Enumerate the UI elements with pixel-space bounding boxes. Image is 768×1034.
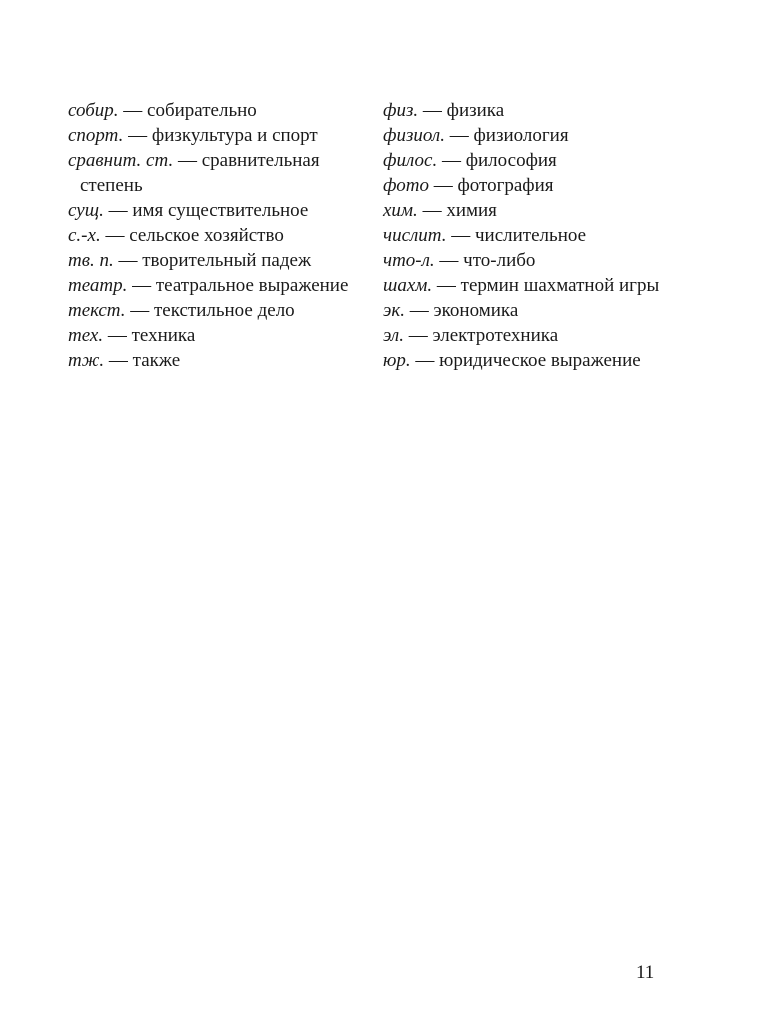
abbreviation: эл. (383, 325, 404, 346)
separator: — (429, 175, 458, 196)
definition: электротехника (432, 325, 558, 346)
abbreviation: сравнит. ст. (68, 150, 173, 171)
abbreviation: хим. (383, 200, 418, 221)
abbreviation-list-right: физ. — физикафизиол. — физиологияфилос. … (383, 98, 665, 373)
abbreviation-entry: шахм. — термин шахматной игры (383, 273, 665, 298)
abbreviation-entry: спорт. — физкультура и спорт (68, 123, 363, 148)
separator: — (432, 275, 461, 296)
abbreviation-entry: что-л. — что-либо (383, 248, 665, 273)
abbreviation-entry: с.-х. — сельское хозяйство (68, 223, 363, 248)
separator: — (104, 200, 133, 221)
separator: — (418, 200, 447, 221)
separator: — (119, 100, 148, 121)
abbreviation: театр. (68, 275, 127, 296)
definition: юридическое выражение (439, 350, 641, 371)
abbreviation-entry: тж. — также (68, 348, 363, 373)
abbreviation-entry: собир. — собирательно (68, 98, 363, 123)
abbreviation: тех. (68, 325, 103, 346)
abbreviation-entry: текст. — текстильное дело (68, 298, 363, 323)
definition: фотография (457, 175, 553, 196)
definition: творительный падеж (142, 250, 311, 271)
document-page: собир. — собирательноспорт. — физкультур… (0, 0, 768, 1034)
definition: техника (132, 325, 196, 346)
separator: — (173, 150, 202, 171)
abbreviation: тж. (68, 350, 104, 371)
abbreviation-entry: физиол. — физиология (383, 123, 665, 148)
separator: — (114, 250, 143, 271)
separator: — (104, 350, 133, 371)
definition: собирательно (147, 100, 257, 121)
abbreviation-entry: хим. — химия (383, 198, 665, 223)
abbreviation-entry: тв. п. — творительный падеж (68, 248, 363, 273)
separator: — (103, 325, 132, 346)
definition: философия (466, 150, 557, 171)
separator: — (437, 150, 466, 171)
abbreviation-entry: тех. — техника (68, 323, 363, 348)
definition: числительное (475, 225, 586, 246)
definition: физиология (473, 125, 568, 146)
abbreviation: юр. (383, 350, 411, 371)
definition: экономика (434, 300, 519, 321)
separator: — (445, 125, 474, 146)
separator: — (125, 300, 154, 321)
separator: — (123, 125, 152, 146)
abbreviation: спорт. (68, 125, 123, 146)
abbreviation-entry: эк. — экономика (383, 298, 665, 323)
separator: — (435, 250, 464, 271)
definition: химия (446, 200, 497, 221)
abbreviation-entry: физ. — физика (383, 98, 665, 123)
abbreviation: что-л. (383, 250, 435, 271)
abbreviation: фото (383, 175, 429, 196)
definition: физика (447, 100, 505, 121)
definition: физкультура и спорт (152, 125, 318, 146)
abbreviation-entry: сравнит. ст. — сравнительная степень (68, 148, 363, 198)
abbreviation: физиол. (383, 125, 445, 146)
abbreviation: эк. (383, 300, 405, 321)
separator: — (404, 325, 433, 346)
definition: что-либо (463, 250, 535, 271)
definition: сельское хозяйство (129, 225, 284, 246)
abbreviation-entry: эл. — электротехника (383, 323, 665, 348)
separator: — (101, 225, 130, 246)
abbreviation-entry: филос. — философия (383, 148, 665, 173)
abbreviation: числит. (383, 225, 447, 246)
separator: — (127, 275, 156, 296)
definition: текстильное дело (154, 300, 295, 321)
page-number: 11 (636, 962, 654, 984)
separator: — (447, 225, 476, 246)
abbreviation: физ. (383, 100, 418, 121)
abbreviation: шахм. (383, 275, 432, 296)
separator: — (418, 100, 447, 121)
abbreviation-entry: числит. — числительное (383, 223, 665, 248)
abbreviation: сущ. (68, 200, 104, 221)
abbreviation-entry: фото — фотография (383, 173, 665, 198)
abbreviation: текст. (68, 300, 125, 321)
separator: — (405, 300, 434, 321)
abbreviation: собир. (68, 100, 119, 121)
abbreviation: филос. (383, 150, 437, 171)
abbreviation-list-left: собир. — собирательноспорт. — физкультур… (68, 98, 363, 373)
abbreviation-entry: театр. — театральное выражение (68, 273, 363, 298)
abbreviation: тв. п. (68, 250, 114, 271)
abbreviation: с.-х. (68, 225, 101, 246)
definition: термин шахматной игры (461, 275, 660, 296)
abbreviation-entry: сущ. — имя существительное (68, 198, 363, 223)
definition: имя существительное (132, 200, 308, 221)
separator: — (411, 350, 440, 371)
definition: театральное выражение (156, 275, 349, 296)
abbreviation-entry: юр. — юридическое выражение (383, 348, 665, 373)
definition: также (133, 350, 181, 371)
